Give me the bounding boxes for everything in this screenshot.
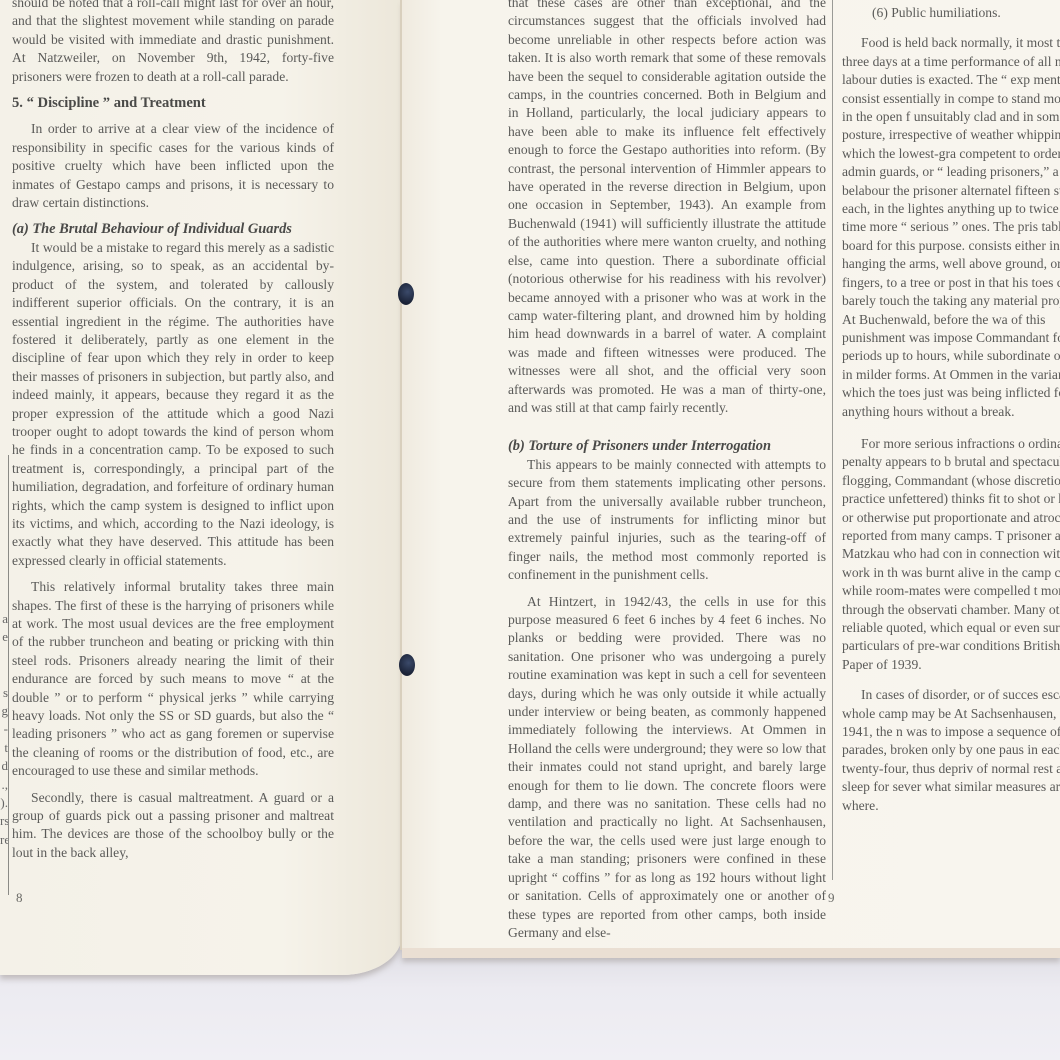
- binding-stitch-icon: [398, 283, 414, 305]
- margin-fragment: rs: [0, 812, 8, 830]
- right-page-middle-column: that these cases are other than exceptio…: [508, 0, 826, 942]
- margin-fragments: a e s g - t d ., ). rs re: [0, 610, 8, 849]
- left-page-column: should be noted that a roll-call might l…: [12, 0, 334, 862]
- page-number: 8: [16, 890, 23, 906]
- right-page-right-column: (6) Public humiliations. Food is held ba…: [842, 4, 1060, 815]
- paragraph: that these cases are other than exceptio…: [508, 0, 826, 417]
- column-rule: [8, 455, 9, 895]
- margin-fragment: g: [0, 702, 8, 720]
- margin-fragment: d: [0, 757, 8, 775]
- paragraph: For more serious infractions o ordinary …: [842, 435, 1060, 674]
- paragraph: This relatively informal brutality takes…: [12, 578, 334, 780]
- subheading: (a) The Brutal Behaviour of Individual G…: [12, 220, 334, 238]
- paragraph: In cases of disorder, or of succes escap…: [842, 686, 1060, 815]
- margin-fragment: e: [0, 628, 8, 646]
- paragraph: In order to arrive at a clear view of th…: [12, 120, 334, 212]
- margin-fragment: .,: [0, 776, 8, 794]
- margin-fragment: re: [0, 831, 8, 849]
- paragraph: At Hintzert, in 1942/43, the cells in us…: [508, 593, 826, 943]
- margin-fragment: a: [0, 610, 8, 628]
- paragraph: This appears to be mainly connected with…: [508, 456, 826, 585]
- margin-fragment: [0, 665, 8, 683]
- paragraph: Secondly, there is casual maltreatment. …: [12, 789, 334, 863]
- paragraph: should be noted that a roll-call might l…: [12, 0, 334, 86]
- right-column-clip: (6) Public humiliations. Food is held ba…: [834, 0, 1060, 900]
- margin-fragment: s: [0, 684, 8, 702]
- section-heading: 5. “ Discipline ” and Treatment: [12, 94, 334, 112]
- column-rule: [832, 0, 833, 880]
- subheading: (b) Torture of Prisoners under Interroga…: [508, 437, 826, 455]
- margin-fragment: t: [0, 739, 8, 757]
- paragraph: It would be a mistake to regard this mer…: [12, 239, 334, 570]
- paragraph: Food is held back normally, it most two …: [842, 34, 1060, 421]
- binding-stitch-icon: [399, 654, 415, 676]
- margin-fragment: ).: [0, 794, 8, 812]
- list-item: (6) Public humiliations.: [842, 4, 1060, 22]
- book-gutter: [400, 0, 402, 950]
- margin-fragment: [0, 647, 8, 665]
- margin-fragment: -: [0, 720, 8, 738]
